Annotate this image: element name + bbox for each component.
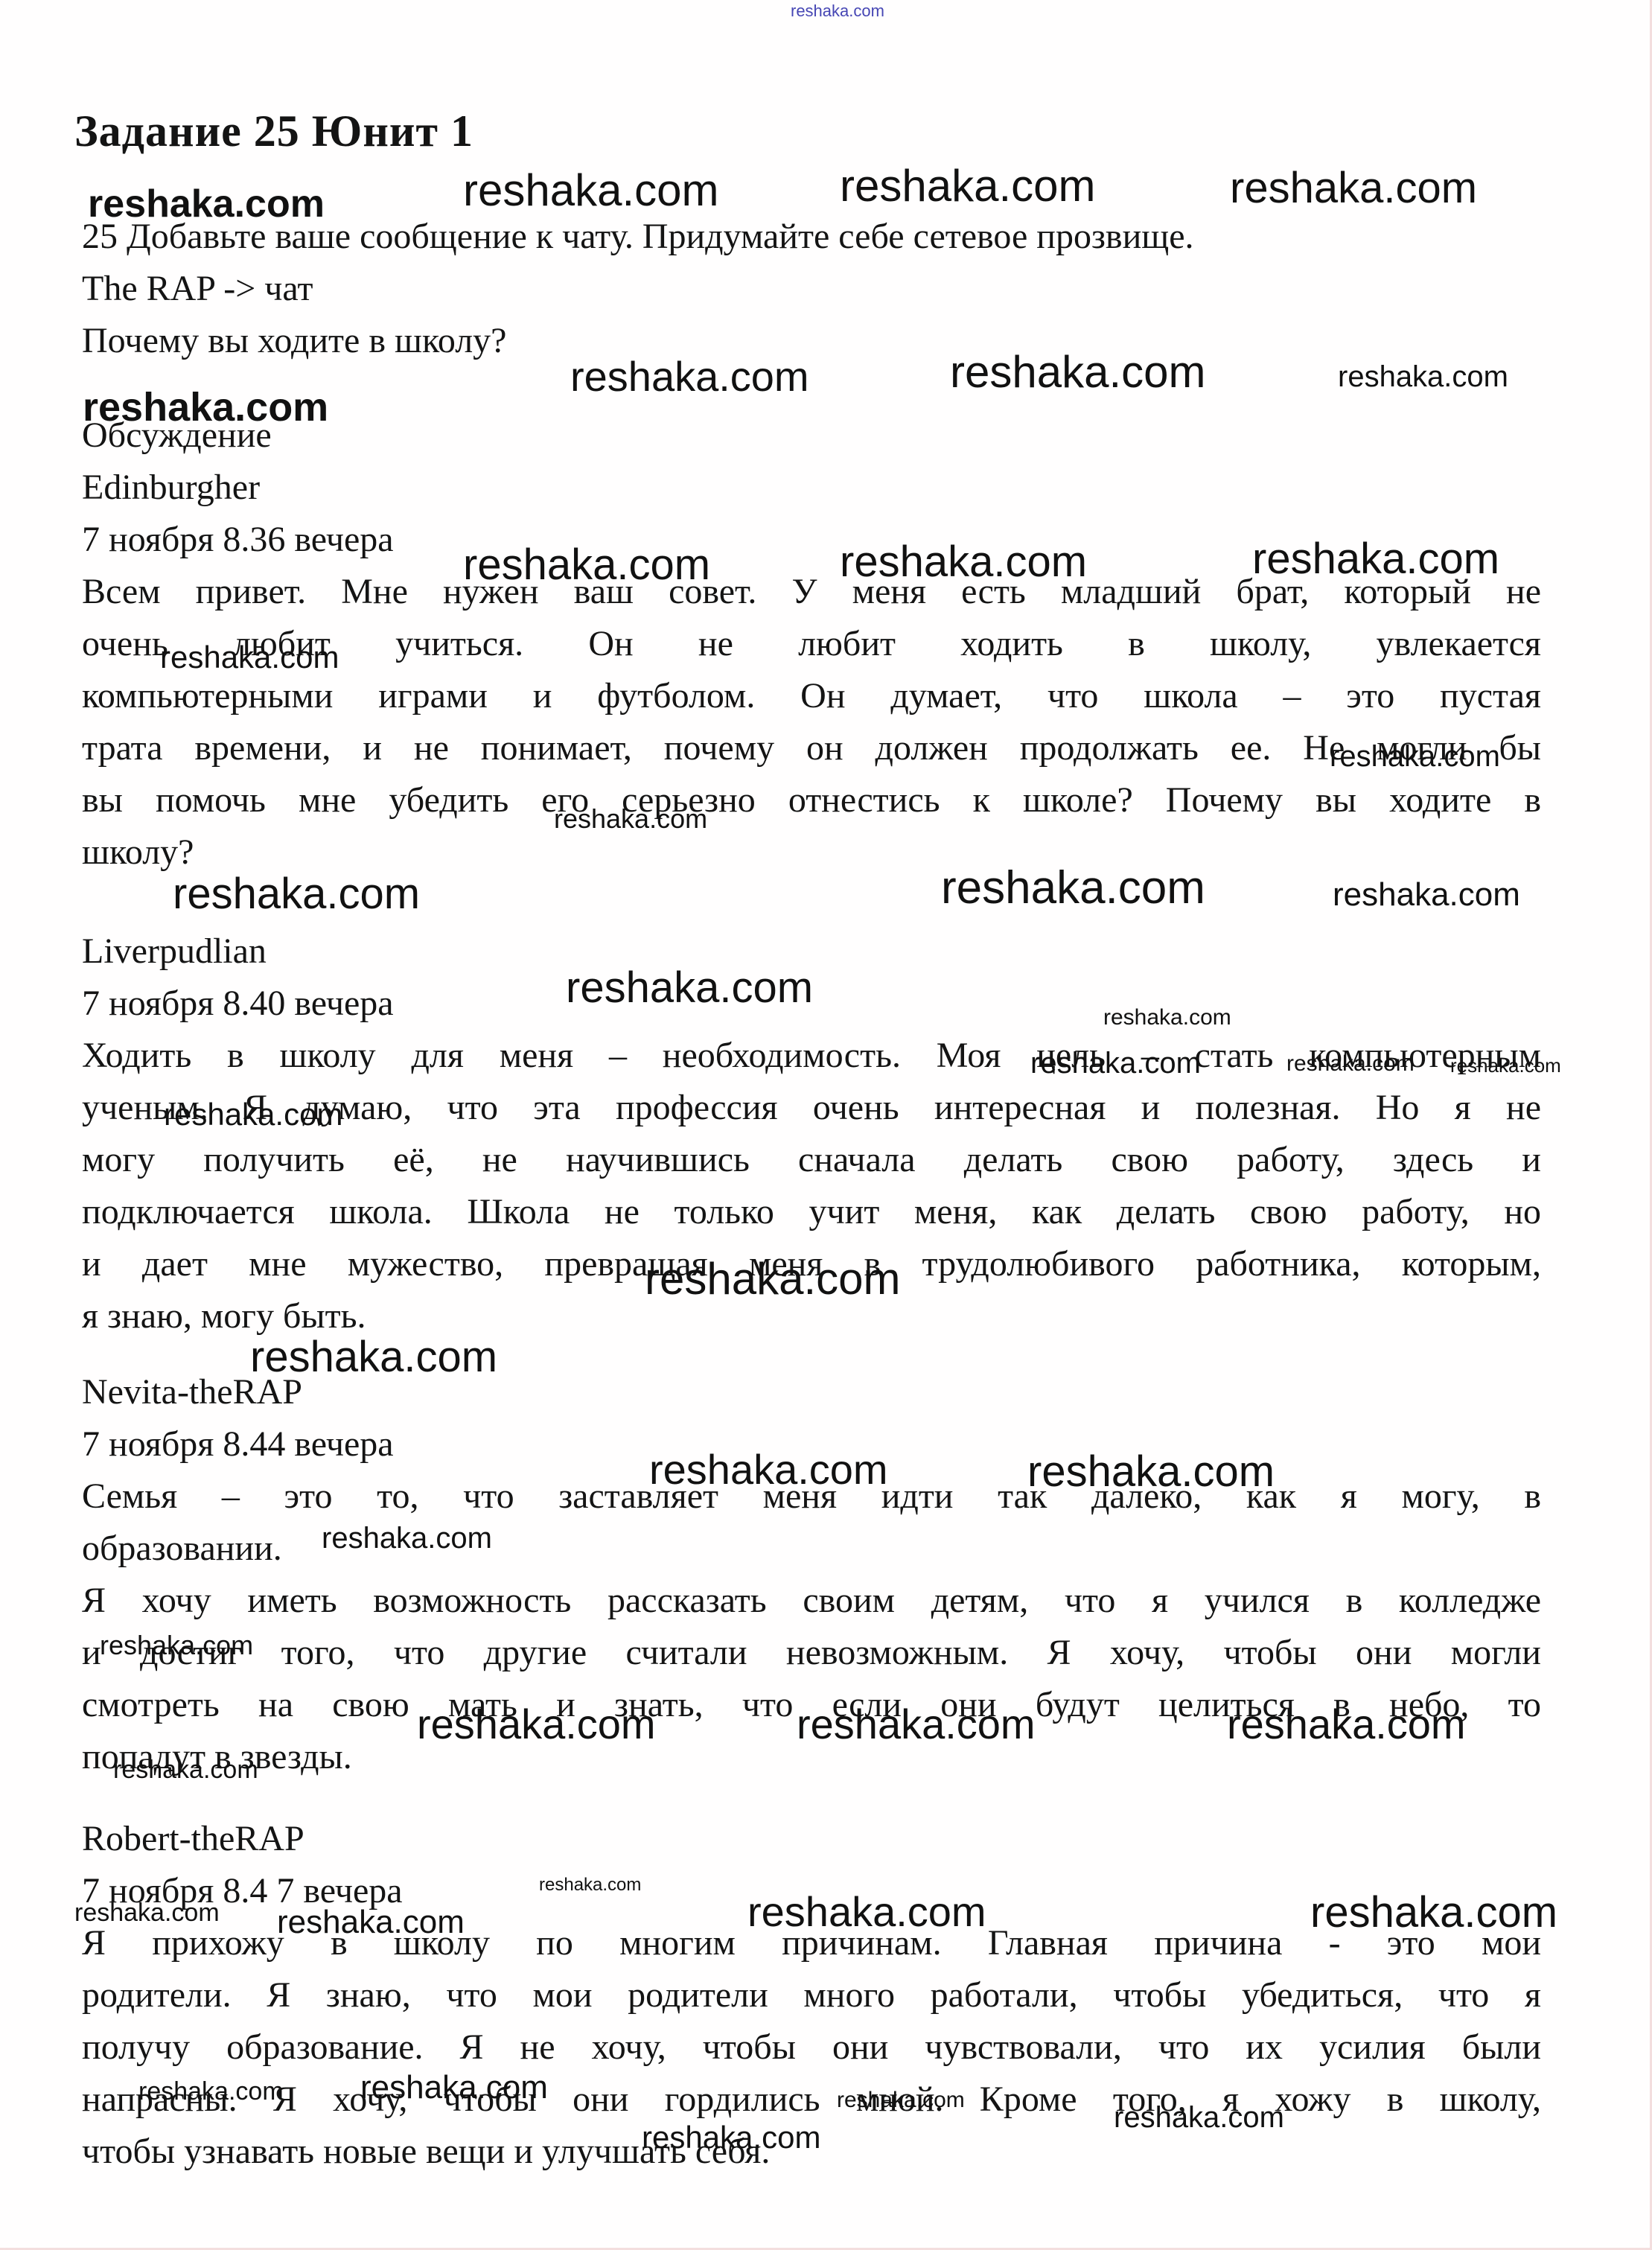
watermark: reshaka.com xyxy=(1030,1048,1201,1078)
task-intro: 25 Добавьте ваше сообщение к чату. Приду… xyxy=(82,211,1541,367)
watermark: reshaka.com xyxy=(463,544,710,587)
watermark: reshaka.com xyxy=(250,1336,497,1379)
post-line: Я хочу иметь возможность рассказать свои… xyxy=(82,1575,1541,1627)
watermark: reshaka.com xyxy=(1227,1704,1466,1745)
post-line: получу образование. Я не хочу, чтобы они… xyxy=(82,2021,1541,2074)
watermark: reshaka.com xyxy=(566,966,813,1010)
watermark: reshaka.com xyxy=(539,1876,641,1894)
page-title: Задание 25 Юнит 1 xyxy=(74,106,473,157)
post-line: подключается школа. Школа не только учит… xyxy=(82,1186,1541,1238)
post-author: Robert-theRAP xyxy=(82,1813,1541,1865)
watermark: reshaka.com xyxy=(1230,167,1477,210)
watermark: reshaka.com xyxy=(1114,2103,1284,2132)
watermark: reshaka.com xyxy=(1330,742,1500,771)
post-author: Edinburgher xyxy=(82,462,1541,514)
watermark: reshaka.com xyxy=(570,356,809,398)
watermark: reshaka.com xyxy=(837,2089,965,2112)
watermark: reshaka.com xyxy=(417,1704,656,1745)
watermark: reshaka.com xyxy=(138,2079,284,2104)
watermark: reshaka.com xyxy=(1252,538,1499,581)
watermark: reshaka.com xyxy=(173,873,420,916)
watermark: reshaka.com xyxy=(1286,1053,1415,1075)
watermark: reshaka.com xyxy=(950,350,1205,395)
watermark: reshaka.com xyxy=(747,1891,986,1933)
watermark: reshaka.com xyxy=(1450,1056,1561,1075)
post-line: могу получить её, не научившись сначала … xyxy=(82,1134,1541,1186)
watermark: reshaka.com xyxy=(649,1449,888,1491)
watermark: reshaka.com xyxy=(88,185,325,223)
watermark: reshaka.com xyxy=(100,1632,253,1659)
watermark: reshaka.com xyxy=(1027,1450,1275,1494)
watermark: reshaka.com xyxy=(322,1523,492,1553)
watermark: reshaka.com xyxy=(277,1906,465,1939)
watermark: reshaka.com xyxy=(1310,1891,1557,1934)
watermark: reshaka.com xyxy=(840,541,1087,584)
chat-source-line: The RAP -> чат xyxy=(82,263,1541,315)
watermark: reshaka.com xyxy=(554,806,707,832)
watermark: reshaka.com xyxy=(645,1257,900,1301)
post-line: вы помочь мне убедить его серьезно отнес… xyxy=(82,774,1541,826)
watermark: reshaka.com xyxy=(1338,362,1508,392)
watermark: reshaka.com xyxy=(360,2071,548,2104)
watermark: reshaka.com xyxy=(791,3,884,19)
watermark: reshaka.com xyxy=(463,168,718,213)
post-line: напрасны. Я хочу, чтобы они гордились мн… xyxy=(82,2074,1541,2126)
post-line: родители. Я знаю, что мои родители много… xyxy=(82,1969,1541,2021)
watermark: reshaka.com xyxy=(74,1900,220,1925)
post-line: трата времени, и не понимает, почему он … xyxy=(82,722,1541,774)
watermark: reshaka.com xyxy=(160,642,339,673)
watermark: reshaka.com xyxy=(941,865,1205,911)
watermark: reshaka.com xyxy=(797,1704,1036,1745)
watermark: reshaka.com xyxy=(164,1099,342,1130)
watermark: reshaka.com xyxy=(840,164,1095,208)
watermark: reshaka.com xyxy=(113,1757,258,1782)
chat-question: Почему вы ходите в школу? xyxy=(82,315,1541,367)
watermark: reshaka.com xyxy=(642,2122,820,2153)
watermark: reshaka.com xyxy=(1333,879,1520,911)
watermark: reshaka.com xyxy=(83,387,328,427)
document-page: Задание 25 Юнит 1 25 Добавьте ваше сообщ… xyxy=(0,0,1652,2250)
post-line: компьютерными играми и футболом. Он дума… xyxy=(82,670,1541,722)
post-line: и достиг того, что другие считали невозм… xyxy=(82,1627,1541,1679)
watermark: reshaka.com xyxy=(1103,1007,1231,1029)
post-line: образовании. xyxy=(82,1523,1541,1575)
